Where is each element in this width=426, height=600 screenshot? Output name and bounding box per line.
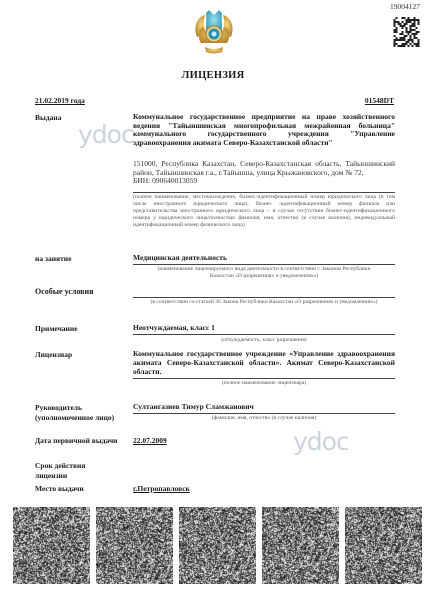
qr-code-icon bbox=[179, 507, 256, 584]
place-label: Место выдачи bbox=[35, 484, 84, 494]
issued-to-address: 151000, Республика Казахстан, Северо-Каз… bbox=[133, 160, 395, 186]
note-value: Неотчуждаемая, класс 1 bbox=[133, 324, 395, 333]
activity-label: на занятие bbox=[35, 254, 71, 264]
first-issue-value: 22.07.2009 bbox=[133, 436, 167, 445]
divider bbox=[133, 334, 395, 335]
issued-to-hint: (полное наименование, местонахождение, б… bbox=[133, 194, 395, 229]
first-issue-label: Дата первичной выдачи bbox=[35, 436, 118, 446]
head-label-line1: Руководитель bbox=[35, 403, 82, 412]
divider bbox=[133, 264, 395, 265]
validity-label-line2: лицензии bbox=[35, 471, 67, 480]
head-hint: (фамилия, имя, отчество (в случае наличи… bbox=[133, 415, 395, 422]
head-label-line2: (уполномоченное лицо) bbox=[35, 413, 114, 422]
qr-code-icon bbox=[262, 507, 339, 584]
qr-code-icon bbox=[345, 507, 422, 584]
issue-date: 21.02.2019 года bbox=[35, 96, 85, 105]
divider bbox=[133, 413, 395, 414]
address-text: 151000, Республика Казахстан, Северо-Каз… bbox=[133, 159, 395, 177]
bin-text: БИН: 090640013059 bbox=[133, 176, 197, 185]
license-number: 01548DT bbox=[365, 96, 394, 105]
document-title: ЛИЦЕНЗИЯ bbox=[0, 70, 426, 81]
divider bbox=[133, 378, 395, 379]
note-hint: (отчуждаемость, класс разрешения) bbox=[133, 337, 395, 344]
watermark: ydoc bbox=[293, 427, 349, 456]
activity-hint: (наименование лицензируемого вида деятел… bbox=[148, 266, 380, 280]
place-value: г.Петропавловск bbox=[133, 484, 190, 493]
special-conditions-label: Особые условия bbox=[35, 287, 93, 297]
validity-label-line1: Срок действия bbox=[35, 461, 85, 470]
licensor-label: Лицензиар bbox=[35, 350, 72, 360]
serial-number: 19004127 bbox=[390, 2, 420, 11]
qr-code-icon bbox=[96, 507, 173, 584]
note-label: Примечание bbox=[35, 324, 78, 334]
divider bbox=[133, 297, 395, 298]
activity-value: Медицинская деятельность bbox=[133, 254, 395, 263]
qr-code-icon bbox=[393, 17, 420, 47]
issued-to-name: Коммунальное государственное предприятие… bbox=[133, 113, 395, 147]
qr-code-icon bbox=[13, 507, 90, 584]
head-label: Руководитель (уполномоченное лицо) bbox=[35, 403, 114, 422]
special-conditions-hint: (в соответствии со статьей 36 Закона Рес… bbox=[143, 299, 385, 306]
watermark: ydoc bbox=[78, 120, 134, 149]
licensor-value: Коммунальное государственное учреждение … bbox=[133, 350, 395, 376]
kazakhstan-state-emblem-icon bbox=[191, 7, 237, 56]
licensor-hint: (полное наименование лицензиара) bbox=[133, 380, 395, 387]
divider bbox=[133, 192, 395, 193]
head-value: Султангазиев Тимур Сламжанович bbox=[133, 403, 395, 412]
validity-label: Срок действия лицензии bbox=[35, 461, 85, 481]
issued-to-label: Выдана bbox=[35, 113, 61, 123]
